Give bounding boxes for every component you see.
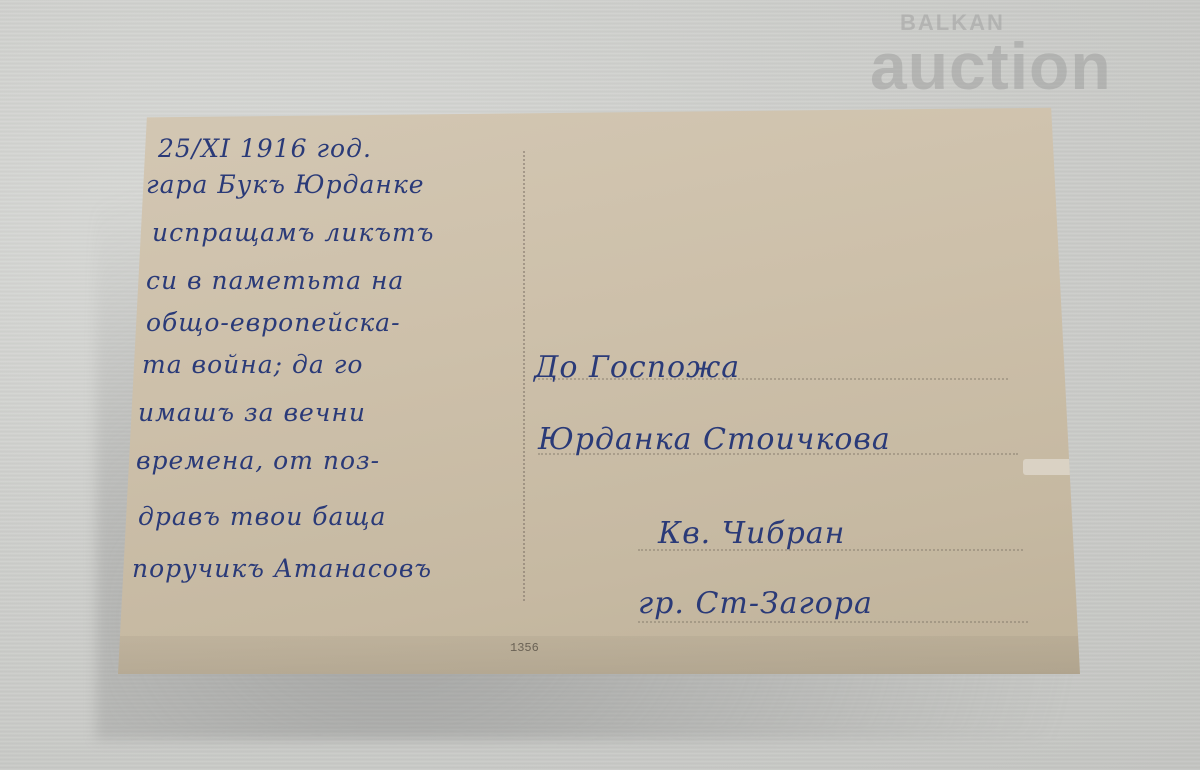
address-line: До Госпожа xyxy=(534,350,740,385)
address-line: Кв. Чибран xyxy=(658,516,845,551)
postcard-bottom-band xyxy=(118,636,1080,674)
message-line: имашъ за вечни xyxy=(138,398,366,427)
address-guide-line xyxy=(638,621,1028,623)
print-number: 1356 xyxy=(510,641,539,655)
postcard: 25/XI 1916 год. гара Букъ Юрданке испращ… xyxy=(118,106,1080,674)
message-line: общо-европейска- xyxy=(146,308,401,337)
auction-watermark: BALKAN auction xyxy=(870,8,1190,108)
postcard-divider xyxy=(523,151,525,601)
message-line: гара Букъ Юрданке xyxy=(146,170,425,199)
address-line: Юрданка Стоичкова xyxy=(538,422,891,457)
message-line: си в паметьта на xyxy=(146,266,404,295)
message-line: времена, от поз- xyxy=(136,446,380,475)
message-line: та война; да го xyxy=(142,350,363,379)
message-line: дравъ твои бащa xyxy=(138,502,386,531)
message-line: испращамъ ликътъ xyxy=(152,218,434,247)
message-line: 25/XI 1916 год. xyxy=(158,134,372,163)
address-line: гр. Ст-Загора xyxy=(638,586,873,621)
message-line-signature: поручикъ Атанасовъ xyxy=(132,554,432,583)
watermark-big: auction xyxy=(870,28,1112,104)
